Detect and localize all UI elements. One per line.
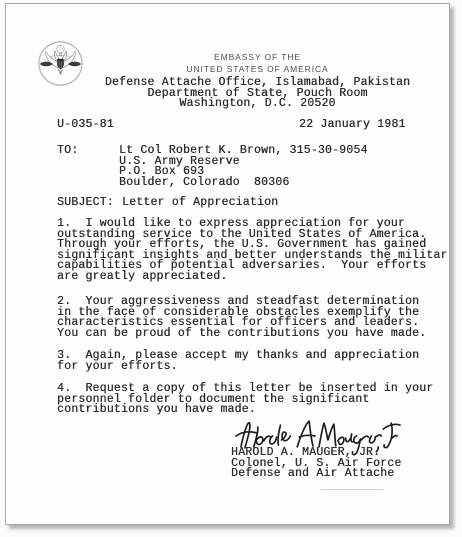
- letter-page: EMBASSY OF THE UNITED STATES OF AMERICA …: [5, 3, 450, 525]
- letterhead: EMBASSY OF THE UNITED STATES OF AMERICA …: [68, 51, 447, 110]
- signer-role: Defense and Air Attache: [231, 469, 401, 480]
- body-paragraph-4: 4. Request a copy of this letter be inse…: [57, 384, 433, 416]
- subject-value: Letter of Appreciation: [122, 198, 278, 209]
- reference-number: U-035-81: [57, 120, 114, 131]
- letter-date: 22 January 1981: [299, 120, 406, 131]
- body-paragraph-3: 3. Again, please accept my thanks and ap…: [57, 351, 419, 372]
- letterhead-print-line2: UNITED STATES OF AMERICA: [68, 63, 447, 75]
- recipient-address: Lt Col Robert K. Brown, 315-30-9054 U.S.…: [119, 146, 368, 188]
- letterhead-print-line1: EMBASSY OF THE: [68, 51, 447, 63]
- subject-label: SUBJECT:: [57, 198, 114, 209]
- to-label: TO:: [57, 146, 78, 157]
- body-paragraph-2: 2. Your aggressiveness and steadfast det…: [57, 297, 426, 339]
- signature-block: HAROLD A. MAUGER, JR. Colonel, U. S. Air…: [231, 448, 401, 480]
- letterhead-city-line: Washington, D.C. 20520: [68, 99, 447, 110]
- body-paragraph-1: 1. I would like to express appreciation …: [57, 219, 448, 283]
- scan-artifact-line: [321, 489, 383, 490]
